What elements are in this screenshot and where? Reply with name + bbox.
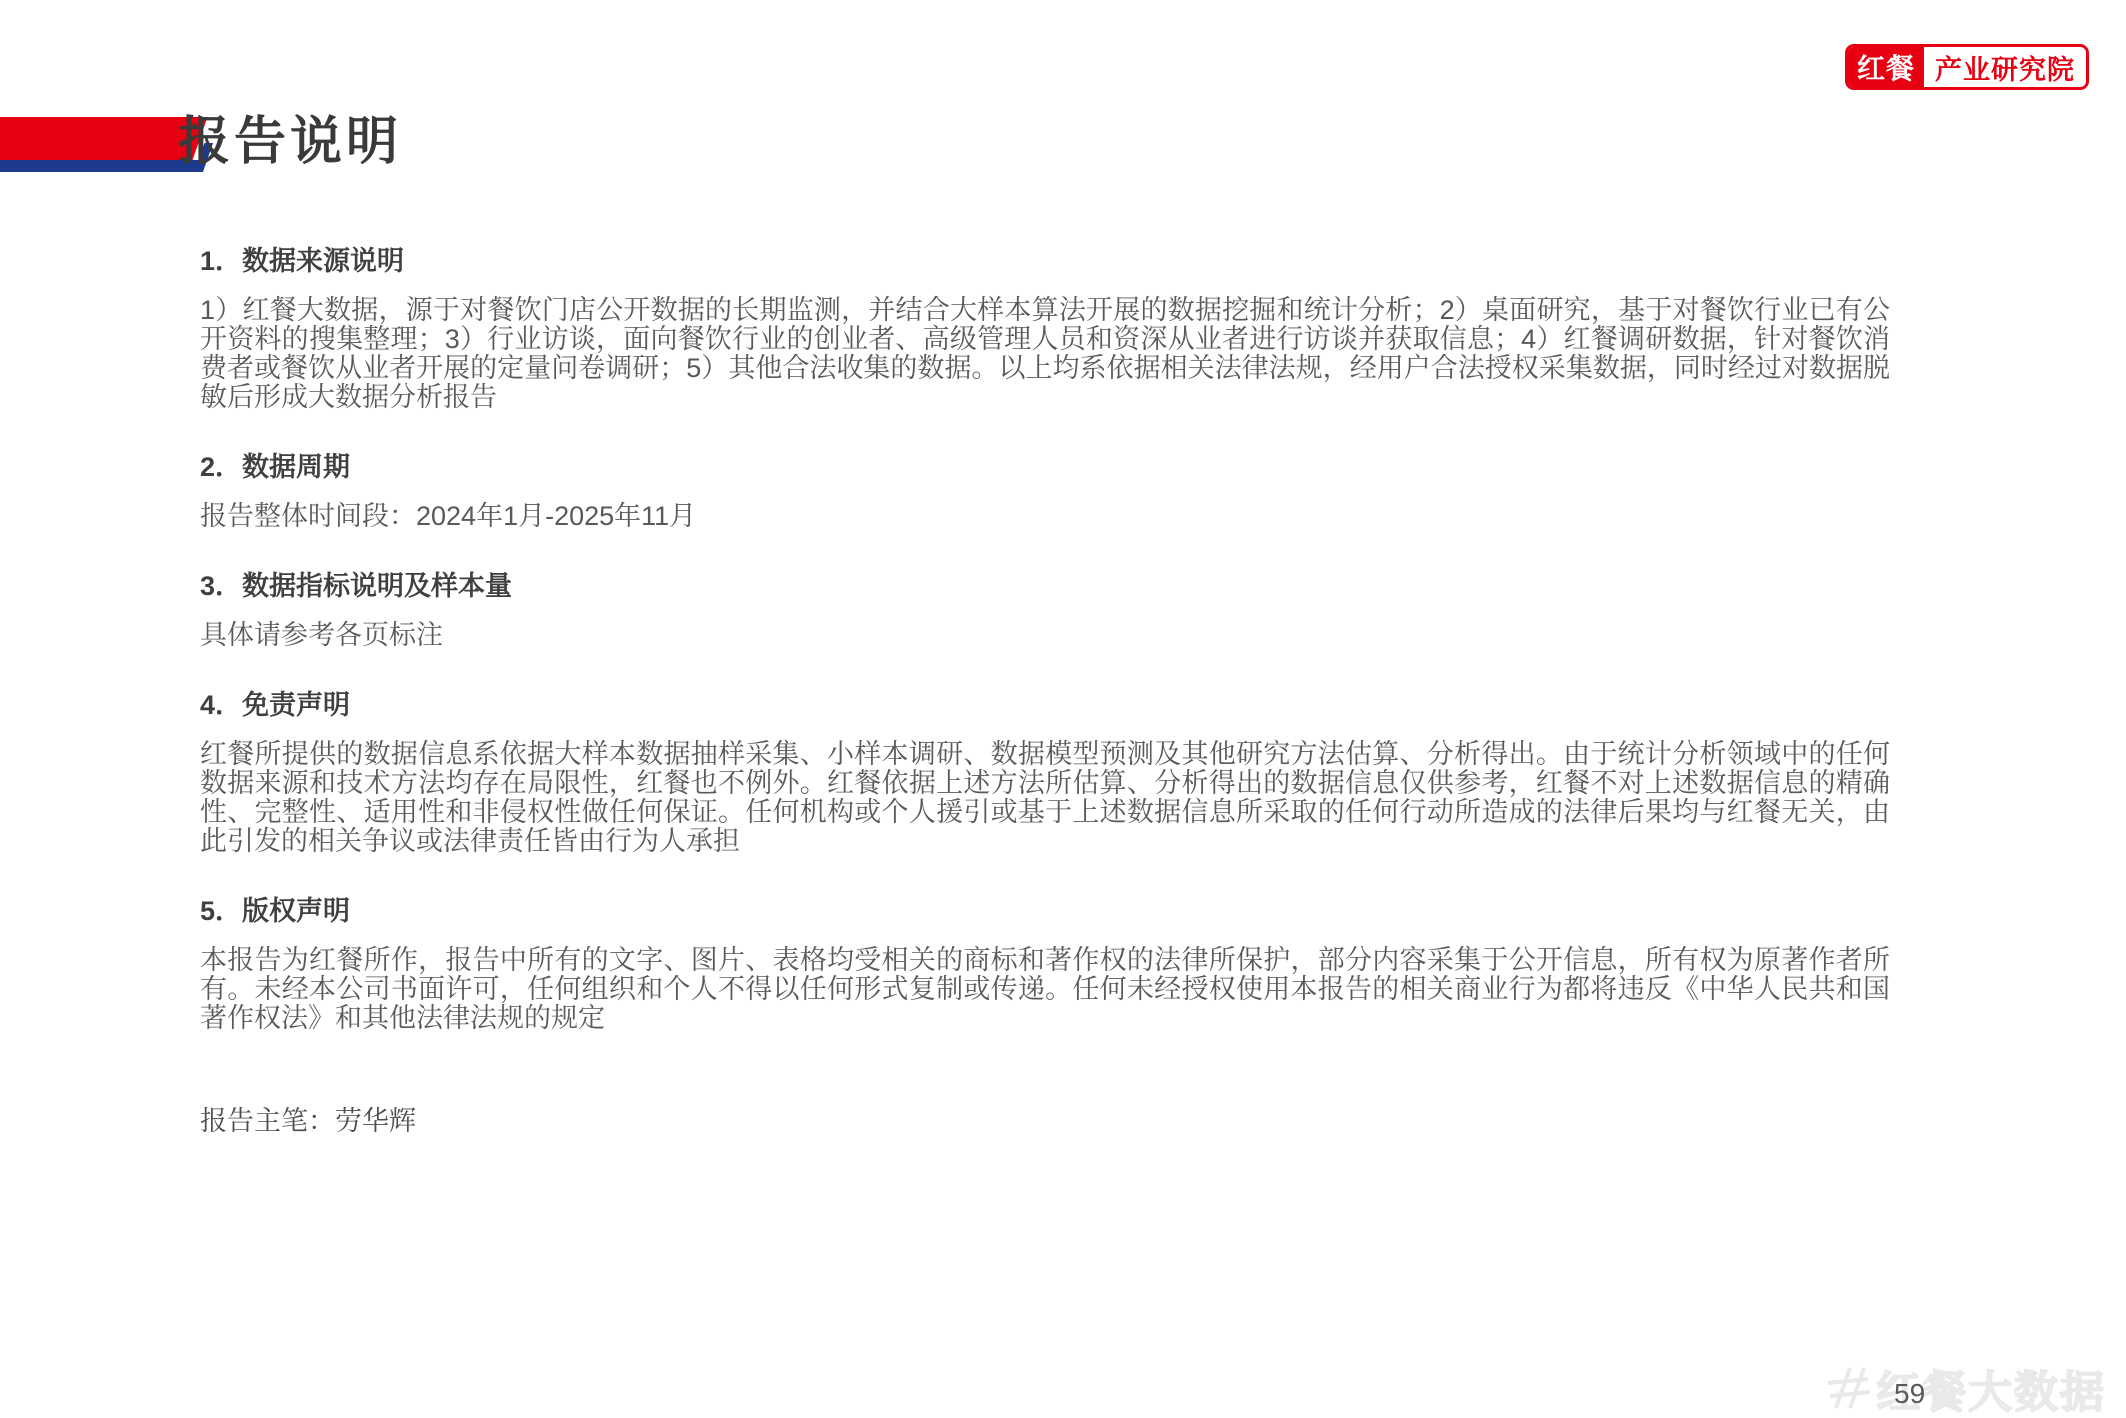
section-2-body: 报告整体时间段：2024年1月-2025年11月 (200, 502, 1890, 531)
page-title: 报告说明 (178, 113, 402, 171)
section-1-body: 1）红餐大数据，源于对餐饮门店公开数据的长期监测，并结合大样本算法开展的数据挖掘… (200, 296, 1890, 412)
author-line: 报告主笔：劳华辉 (200, 1107, 1890, 1136)
brand-logo-left-badge: 红餐 (1848, 47, 1924, 87)
section-3-heading: 3．数据指标说明及样本量 (200, 571, 1890, 601)
report-content: 1．数据来源说明 1）红餐大数据，源于对餐饮门店公开数据的长期监测，并结合大样本… (200, 246, 1890, 1136)
watermark-logo-icon (1822, 1363, 1874, 1413)
section-2-heading: 2．数据周期 (200, 452, 1890, 482)
section-5-body: 本报告为红餐所作，报告中所有的文字、图片、表格均受相关的商标和著作权的法律所保护… (200, 946, 1890, 1033)
brand-logo: 红餐 产业研究院 (1845, 44, 2089, 90)
section-5-heading: 5．版权声明 (200, 896, 1890, 926)
page-number: 59 (1894, 1378, 1925, 1410)
section-1-heading: 1．数据来源说明 (200, 246, 1890, 276)
section-4-heading: 4．免责声明 (200, 690, 1890, 720)
section-3-body: 具体请参考各页标注 (200, 621, 1890, 650)
footer-watermark: 红餐大数据 59 (1822, 1360, 2106, 1416)
brand-logo-right-badge: 产业研究院 (1924, 47, 2086, 87)
report-page: 报告说明 红餐 产业研究院 1．数据来源说明 1）红餐大数据，源于对餐饮门店公开… (0, 0, 2126, 1418)
section-4-body: 红餐所提供的数据信息系依据大样本数据抽样采集、小样本调研、数据模型预测及其他研究… (200, 740, 1890, 856)
header-red-shape (0, 117, 207, 160)
